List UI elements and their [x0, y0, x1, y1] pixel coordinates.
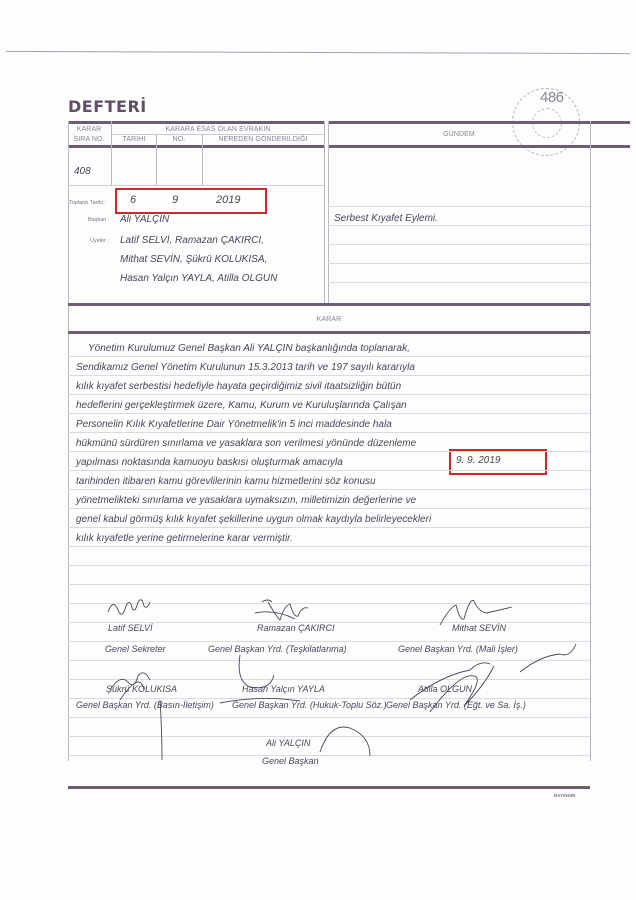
signatory-title-6: Genel Başkan Yrd. (Eğt. ve Sa. İş.) [386, 700, 526, 710]
signatory-name-4: Şükrü KOLUKISA [106, 684, 177, 694]
signatory-title-5: Genel Başkan Yrd. (Hukuk-Toplu Söz.) [232, 700, 387, 710]
footer-brand: BAYINDIR [554, 793, 575, 798]
signatory-name-5: Hasan Yalçın YAYLA [242, 684, 325, 694]
signatory-title-1: Genel Sekreter [105, 644, 166, 654]
signatory-title-2: Genel Başkan Yrd. (Teşkilatlanma) [208, 644, 347, 654]
signatory-name-2: Ramazan ÇAKIRCI [257, 623, 335, 633]
signatory-name-3: Mithat SEVİN [452, 623, 506, 633]
signatory-name-1: Latif SELVİ [108, 623, 153, 633]
signatory-title-4: Genel Başkan Yrd. (Basın-İletişim) [76, 700, 214, 710]
signatory-title-7: Genel Başkan [262, 756, 319, 766]
signatory-name-7: Ali YALÇIN [266, 738, 310, 748]
signatory-name-6: Atilla OLGUN [418, 684, 472, 694]
page-bottom-rule [68, 786, 590, 789]
signatory-title-3: Genel Başkan Yrd. (Mali İşler) [398, 644, 518, 654]
